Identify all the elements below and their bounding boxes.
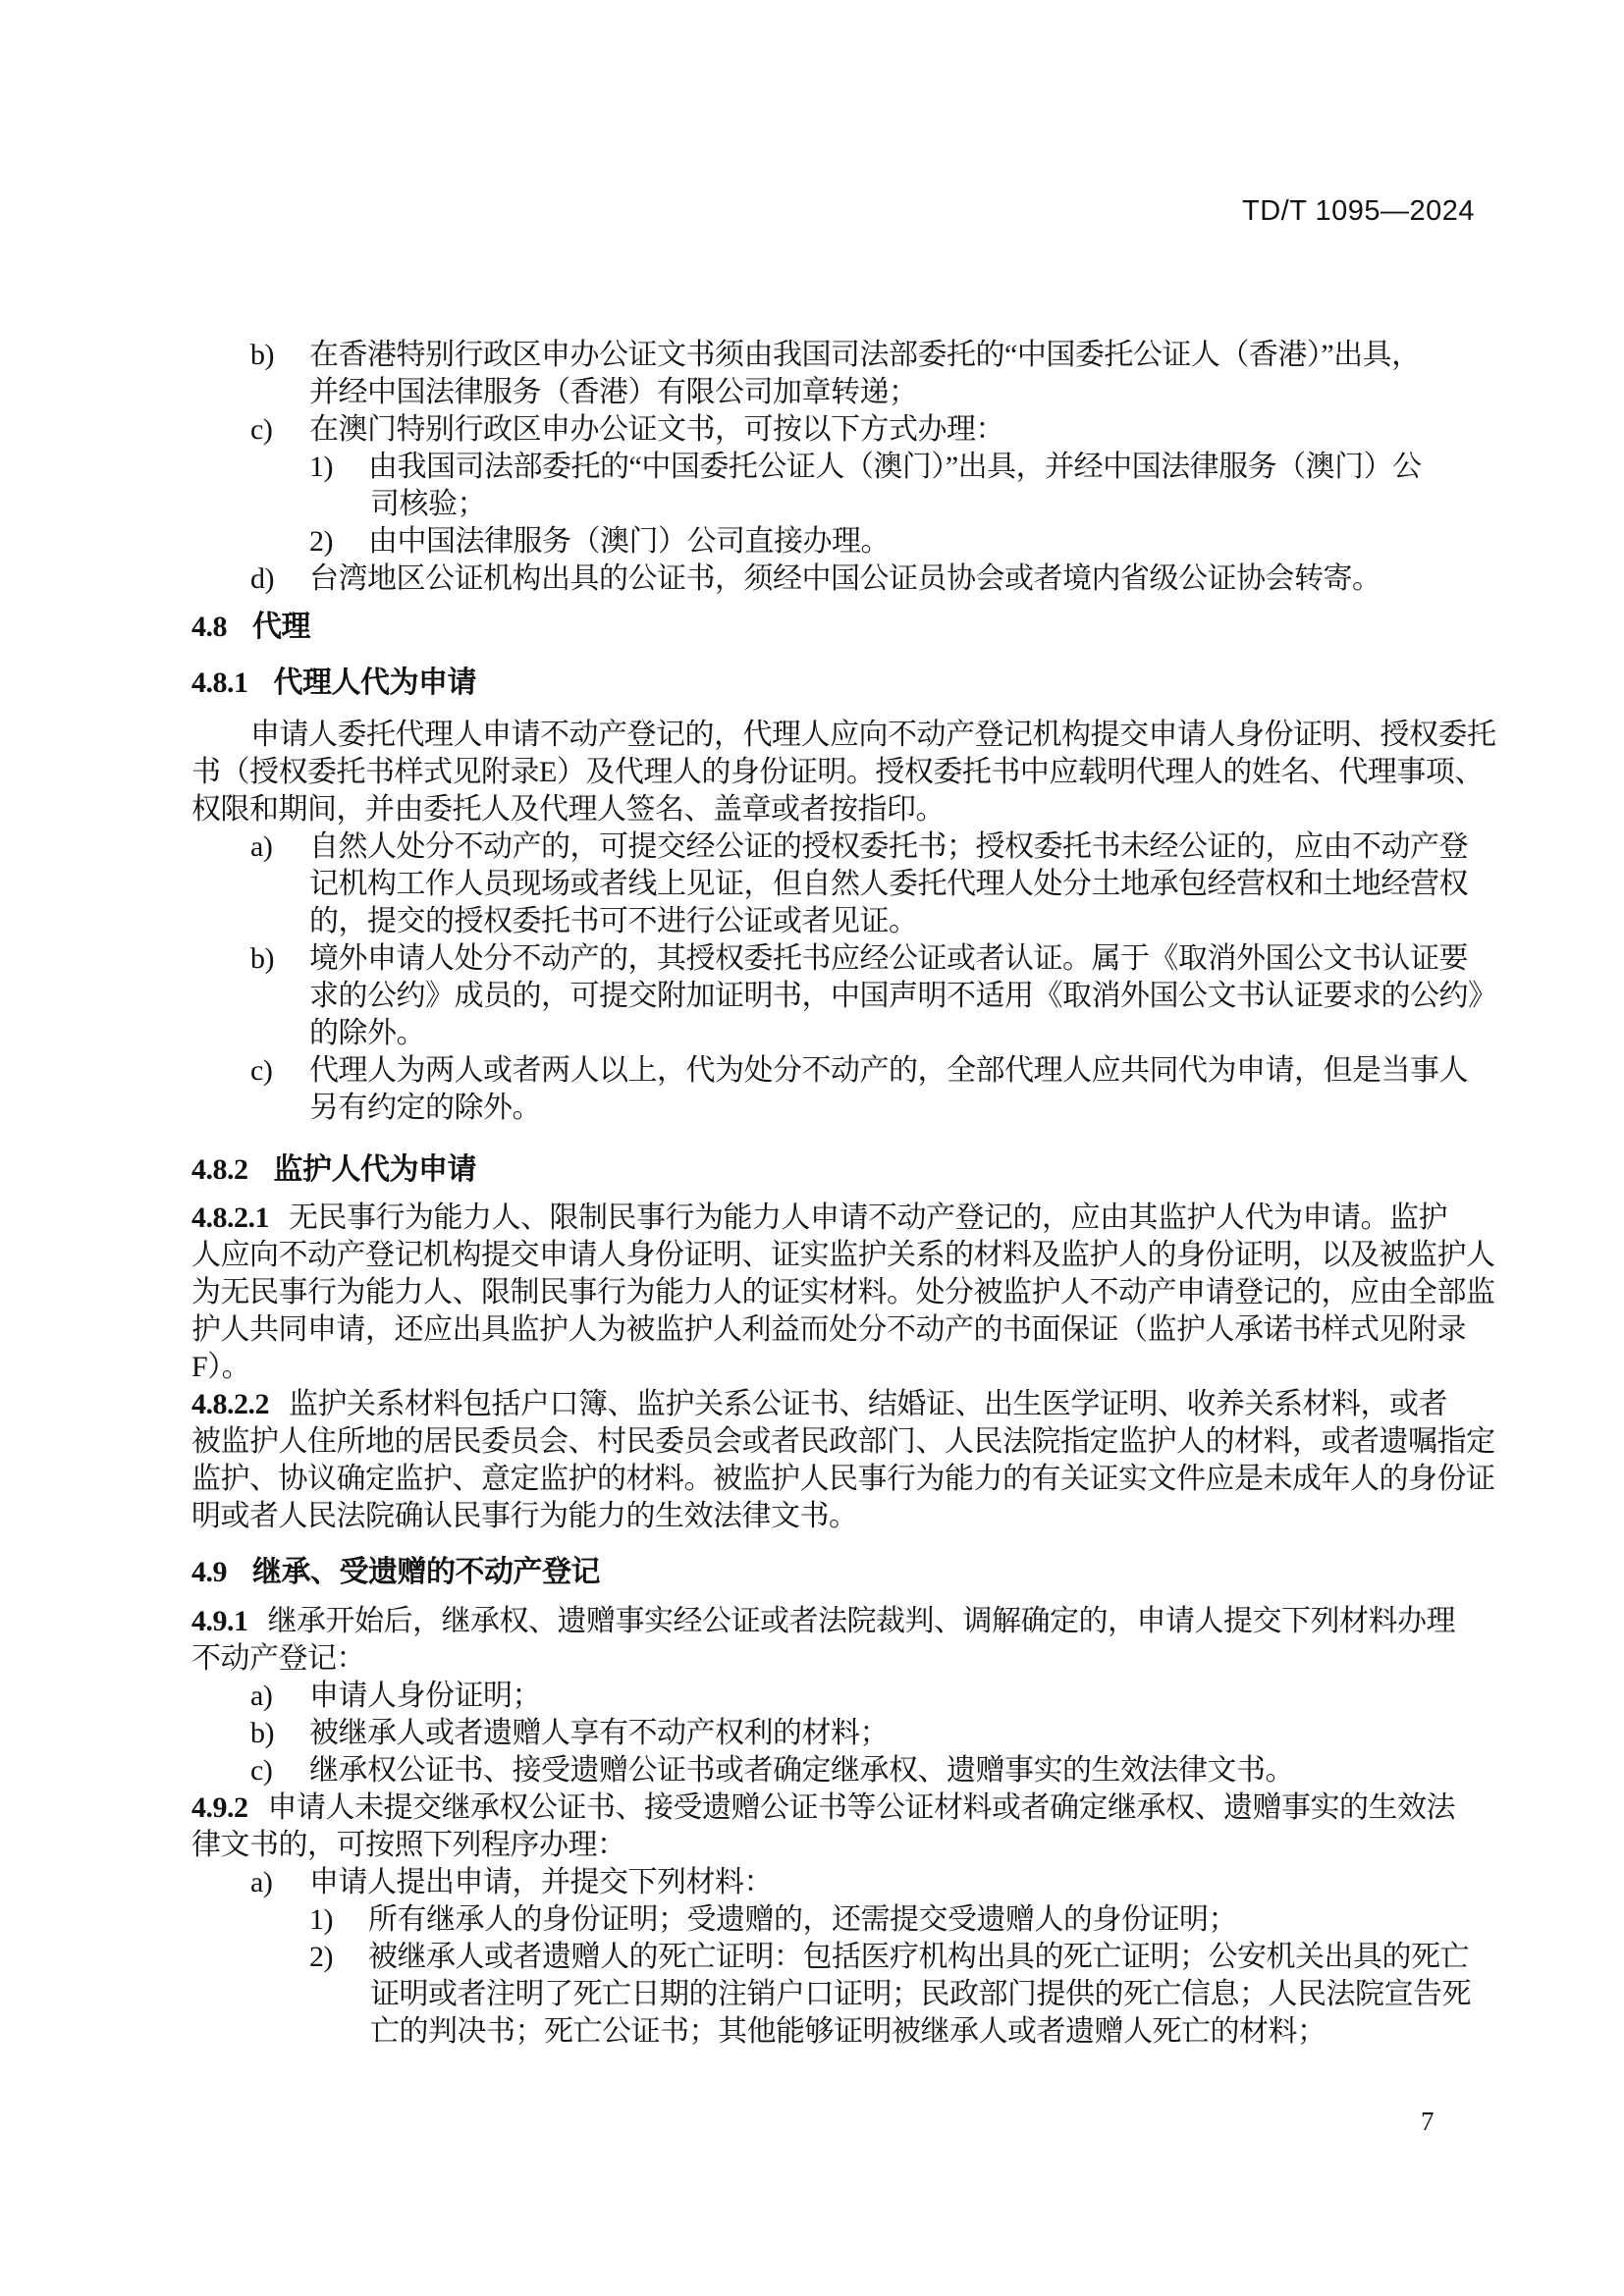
paragraph-line: 律文书的，可按照下列程序办理： <box>191 1827 626 1864</box>
sublist-item-label: 1) <box>309 1901 368 1939</box>
paragraph-line: 不动产登记： <box>191 1640 365 1678</box>
list-item-label: c) <box>250 1052 309 1090</box>
list-item-continuation: 求的公约》成员的，可提交附加证明书，中国声明不适用《取消外国公文书认证要求的公约… <box>309 978 1497 1015</box>
section-number: 4.8.2 <box>191 1153 248 1186</box>
paragraph-line: 人应向不动产登记机构提交申请人身份证明、证实监护关系的材料及监护人的身份证明，以… <box>191 1237 1495 1274</box>
section-heading: 4.8代理 <box>191 609 310 646</box>
list-item: a)申请人提出申请，并提交下列材料： <box>250 1864 773 1901</box>
sublist-item: 1)由我国司法部委托的“中国委托公证人（澳门）”出具，并经中国法律服务（澳门）公 <box>309 449 1422 486</box>
sublist-item-text: 由我国司法部委托的“中国委托公证人（澳门）”出具，并经中国法律服务（澳门）公 <box>368 451 1422 483</box>
clause-number: 4.9.2 <box>191 1791 248 1824</box>
list-item: a)自然人处分不动产的，可提交经公证的授权委托书；授权委托书未经公证的，应由不动… <box>250 828 1468 866</box>
list-item: b)在香港特别行政区申办公证文书须由我国司法部委托的“中国委托公证人（香港）”出… <box>250 337 1421 374</box>
paragraph-line: 书（授权委托书样式见附录E）及代理人的身份证明。授权委托书中应载明代理人的姓名、… <box>191 754 1484 791</box>
list-item: a)申请人身份证明； <box>250 1678 541 1715</box>
list-item-label: a) <box>250 828 309 866</box>
list-item-label: a) <box>250 1864 309 1901</box>
section-number: 4.8 <box>191 611 227 643</box>
page-number: 7 <box>1421 2107 1435 2136</box>
sublist-item-continuation: 证明或者注明了死亡日期的注销户口证明；民政部门提供的死亡信息；人民法院宣告死 <box>370 1976 1471 2013</box>
list-item-text: 申请人提出申请，并提交下列材料： <box>309 1866 773 1898</box>
list-item: c)在澳门特别行政区申办公证文书，可按以下方式办理： <box>250 411 1004 449</box>
sublist-item: 2)由中国法律服务（澳门）公司直接办理。 <box>309 523 890 561</box>
sublist-item-label: 2) <box>309 1939 368 1976</box>
clause-number: 4.8.2.2 <box>191 1388 269 1420</box>
clause-line: 4.9.1继承开始后，继承权、遗赠事实经公证或者法院裁判、调解确定的，申请人提交… <box>191 1603 1455 1640</box>
list-item-text: 台湾地区公证机构出具的公证书，须经中国公证员协会或者境内省级公证协会转寄。 <box>309 562 1381 595</box>
sublist-item-text: 所有继承人的身份证明；受遗赠的，还需提交受遗赠人的身份证明； <box>368 1903 1237 1936</box>
paragraph-line: 监护、协议确定监护、意定监护的材料。被监护人民事行为能力的有关证实文件应是未成年… <box>191 1461 1495 1498</box>
clause-line: 4.8.2.2监护关系材料包括户口簿、监护关系公证书、结婚证、出生医学证明、收养… <box>191 1386 1447 1423</box>
paragraph-line: 明或者人民法院确认民事行为能力的生效法律文书。 <box>191 1498 858 1535</box>
list-item-text: 境外申请人处分不动产的，其授权委托书应经公证或者认证。属于《取消外国公文书认证要 <box>309 942 1468 975</box>
section-heading: 4.8.2监护人代为申请 <box>191 1151 476 1189</box>
list-item-text: 代理人为两人或者两人以上，代为处分不动产的，全部代理人应共同代为申请，但是当事人 <box>309 1054 1468 1087</box>
list-item-continuation: 的除外。 <box>309 1015 425 1052</box>
section-title: 代理人代为申请 <box>274 667 477 699</box>
doc-number-header: TD/T 1095—2024 <box>1242 196 1475 226</box>
section-title: 继承、受遗赠的不动产登记 <box>252 1556 600 1588</box>
list-item: b)被继承人或者遗赠人享有不动产权利的材料； <box>250 1715 889 1752</box>
sublist-item-text: 被继承人或者遗赠人的死亡证明：包括医疗机构出具的死亡证明；公安机关出具的死亡 <box>368 1941 1469 1973</box>
sublist-item: 2)被继承人或者遗赠人的死亡证明：包括医疗机构出具的死亡证明；公安机关出具的死亡 <box>309 1939 1469 1976</box>
clause-line: 4.8.2.1无民事行为能力人、限制民事行为能力人申请不动产登记的，应由其监护人… <box>191 1200 1447 1237</box>
list-item-continuation: 的，提交的授权委托书可不进行公证或者见证。 <box>309 903 918 940</box>
list-item-text: 在香港特别行政区申办公证文书须由我国司法部委托的“中国委托公证人（香港）”出具， <box>309 339 1421 371</box>
sublist-item-label: 2) <box>309 523 368 561</box>
list-item-text: 在澳门特别行政区申办公证文书，可按以下方式办理： <box>309 413 1004 446</box>
section-number: 4.9 <box>191 1556 227 1588</box>
list-item: c)继承权公证书、接受遗赠公证书或者确定继承权、遗赠事实的生效法律文书。 <box>250 1752 1294 1789</box>
list-item-text: 自然人处分不动产的，可提交经公证的授权委托书；授权委托书未经公证的，应由不动产登 <box>309 830 1468 863</box>
list-item-label: a) <box>250 1678 309 1715</box>
sublist-item: 1)所有继承人的身份证明；受遗赠的，还需提交受遗赠人的身份证明； <box>309 1901 1237 1939</box>
clause-text: 继承开始后，继承权、遗赠事实经公证或者法院裁判、调解确定的，申请人提交下列材料办… <box>268 1605 1456 1637</box>
list-item-label: c) <box>250 1752 309 1789</box>
clause-number: 4.9.1 <box>191 1605 248 1637</box>
section-number: 4.8.1 <box>191 667 248 699</box>
sublist-item-continuation: 司核验； <box>370 486 486 523</box>
paragraph-line: 被监护人住所地的居民委员会、村民委员会或者民政部门、人民法院指定监护人的材料，或… <box>191 1423 1495 1461</box>
paragraph-line: 护人共同申请，还应出具监护人为被监护人利益而处分不动产的书面保证（监护人承诺书样… <box>191 1311 1466 1349</box>
list-item: d)台湾地区公证机构出具的公证书，须经中国公证员协会或者境内省级公证协会转寄。 <box>250 561 1381 598</box>
list-item-text: 继承权公证书、接受遗赠公证书或者确定继承权、遗赠事实的生效法律文书。 <box>309 1754 1294 1787</box>
list-item: c)代理人为两人或者两人以上，代为处分不动产的，全部代理人应共同代为申请，但是当… <box>250 1052 1468 1090</box>
paragraph-line: 权限和期间，并由委托人及代理人签名、盖章或者按指印。 <box>191 791 945 828</box>
sublist-item-label: 1) <box>309 449 368 486</box>
list-item-text: 申请人身份证明； <box>309 1680 541 1712</box>
list-item-label: b) <box>250 940 309 978</box>
list-item-label: c) <box>250 411 309 449</box>
section-title: 代理 <box>252 611 310 643</box>
list-item-label: d) <box>250 561 309 598</box>
list-item-text: 被继承人或者遗赠人享有不动产权利的材料； <box>309 1717 889 1749</box>
clause-text: 申请人未提交继承权公证书、接受遗赠公证书等公证材料或者确定继承权、遗赠事实的生效… <box>268 1791 1456 1824</box>
paragraph-line: 为无民事行为能力人、限制民事行为能力人的证实材料。处分被监护人不动产申请登记的，… <box>191 1274 1495 1311</box>
paragraph-line: F）。 <box>191 1349 250 1386</box>
section-heading: 4.9继承、受遗赠的不动产登记 <box>191 1554 600 1591</box>
document-page: TD/T 1095—2024 b)在香港特别行政区申办公证文书须由我国司法部委托… <box>0 0 1624 2296</box>
clause-line: 4.9.2申请人未提交继承权公证书、接受遗赠公证书等公证材料或者确定继承权、遗赠… <box>191 1789 1455 1827</box>
sublist-item-continuation: 亡的判决书；死亡公证书；其他能够证明被继承人或者遗赠人死亡的材料； <box>370 2013 1326 2051</box>
list-item-continuation: 记机构工作人员现场或者线上见证，但自然人委托代理人处分土地承包经营权和土地经营权 <box>309 866 1468 903</box>
section-title: 监护人代为申请 <box>274 1153 477 1186</box>
section-heading: 4.8.1代理人代为申请 <box>191 665 476 702</box>
list-item-continuation: 并经中国法律服务（香港）有限公司加章转递； <box>309 374 918 411</box>
list-item-label: b) <box>250 337 309 374</box>
paragraph-line: 申请人委托代理人申请不动产登记的，代理人应向不动产登记机构提交申请人身份证明、授… <box>250 717 1496 754</box>
sublist-item-text: 由中国法律服务（澳门）公司直接办理。 <box>368 525 890 558</box>
clause-number: 4.8.2.1 <box>191 1201 269 1234</box>
list-item-label: b) <box>250 1715 309 1752</box>
list-item-continuation: 另有约定的除外。 <box>309 1090 541 1127</box>
clause-text: 监护关系材料包括户口簿、监护关系公证书、结婚证、出生医学证明、收养关系材料，或者 <box>289 1388 1447 1420</box>
list-item: b)境外申请人处分不动产的，其授权委托书应经公证或者认证。属于《取消外国公文书认… <box>250 940 1468 978</box>
clause-text: 无民事行为能力人、限制民事行为能力人申请不动产登记的，应由其监护人代为申请。监护 <box>289 1201 1447 1234</box>
